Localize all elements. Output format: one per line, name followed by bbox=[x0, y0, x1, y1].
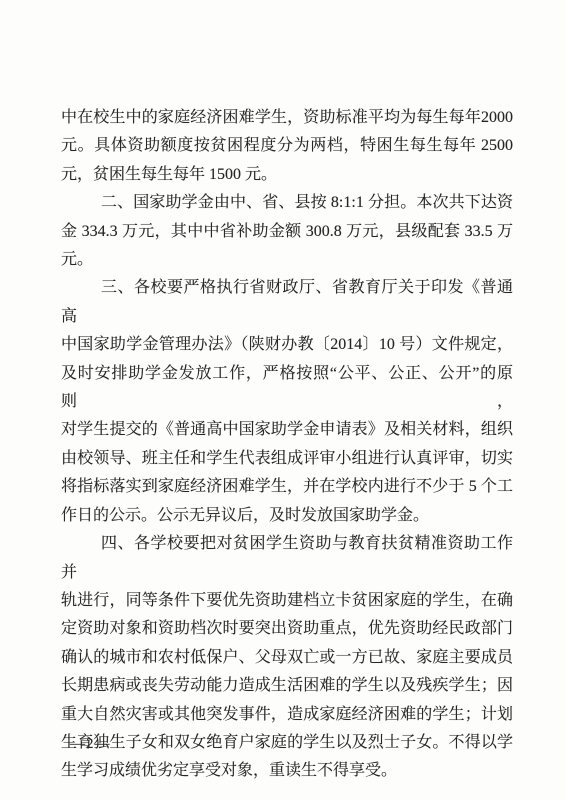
text-line: 由校领导、班主任和学生代表组成评审小组进行认真评审，切实 bbox=[61, 445, 513, 473]
text-line: 元，贫困生每生每年 1500 元。 bbox=[61, 161, 513, 189]
text-line: 将指标落实到家庭经济困难学生，并在学校内进行不少于 5 个工 bbox=[61, 473, 513, 501]
text-line: 元。 bbox=[61, 246, 513, 274]
text-line: 元。具体资助额度按贫困程度分为两档，特困生每生每年 2500 bbox=[61, 132, 513, 160]
text-line: 二、国家助学金由中、省、县按 8:1:1 分担。本次共下达资 bbox=[61, 189, 513, 217]
text-line: 对学生提交的《普通高中国家助学金申请表》及相关材料，组织 bbox=[61, 416, 513, 444]
text-line: 中在校生中的家庭经济困难学生，资助标准平均为每生每年2000 bbox=[61, 104, 513, 132]
text-line: 定资助对象和资助档次时要突出资助重点，优先资助经民政部门 bbox=[61, 615, 513, 643]
text-line: 轨进行，同等条件下要优先资助建档立卡贫困家庭的学生，在确 bbox=[61, 587, 513, 615]
page-number: —2— bbox=[70, 736, 111, 753]
paragraph: 三、各校要严格执行省财政厅、省教育厅关于印发《普通高 中国家助学金管理办法》（陕… bbox=[61, 274, 513, 530]
paragraph: 二、国家助学金由中、省、县按 8:1:1 分担。本次共下达资 金 334.3 万… bbox=[61, 189, 513, 274]
text-line: 三、各校要严格执行省财政厅、省教育厅关于印发《普通高 bbox=[61, 274, 513, 331]
text-line: 生学习成绩优劣定享受对象，重读生不得享受。 bbox=[61, 757, 513, 785]
paragraph: 中在校生中的家庭经济困难学生，资助标准平均为每生每年2000 元。具体资助额度按… bbox=[61, 104, 513, 189]
paragraph: 四、各学校要把对贫困学生资助与教育扶贫精准资助工作并 轨进行，同等条件下要优先资… bbox=[61, 530, 513, 786]
text-line: 确认的城市和农村低保户、父母双亡或一方已故、家庭主要成员 bbox=[61, 644, 513, 672]
text-line: 作日的公示。公示无异议后，及时发放国家助学金。 bbox=[61, 502, 513, 530]
text-line: 生育独生子女和双女绝育户家庭的学生以及烈士子女。不得以学 bbox=[61, 729, 513, 757]
text-line: 及时安排助学金发放工作，严格按照“公平、公正、公开”的原则， bbox=[61, 360, 513, 417]
text-line: 金 334.3 万元，其中中省补助金额 300.8 万元，县级配套 33.5 万 bbox=[61, 218, 513, 246]
text-line: 中国家助学金管理办法》（陕财办教〔2014〕10 号）文件规定， bbox=[61, 331, 513, 359]
document-body: 中在校生中的家庭经济困难学生，资助标准平均为每生每年2000 元。具体资助额度按… bbox=[61, 104, 513, 786]
text-line: 四、各学校要把对贫困学生资助与教育扶贫精准资助工作并 bbox=[61, 530, 513, 587]
scanned-document-page: 中在校生中的家庭经济困难学生，资助标准平均为每生每年2000 元。具体资助额度按… bbox=[0, 0, 565, 800]
text-line: 重大自然灾害或其他突发事件，造成家庭经济困难的学生；计划 bbox=[61, 701, 513, 729]
text-line: 长期患病或丧失劳动能力造成生活困难的学生以及残疾学生；因 bbox=[61, 672, 513, 700]
